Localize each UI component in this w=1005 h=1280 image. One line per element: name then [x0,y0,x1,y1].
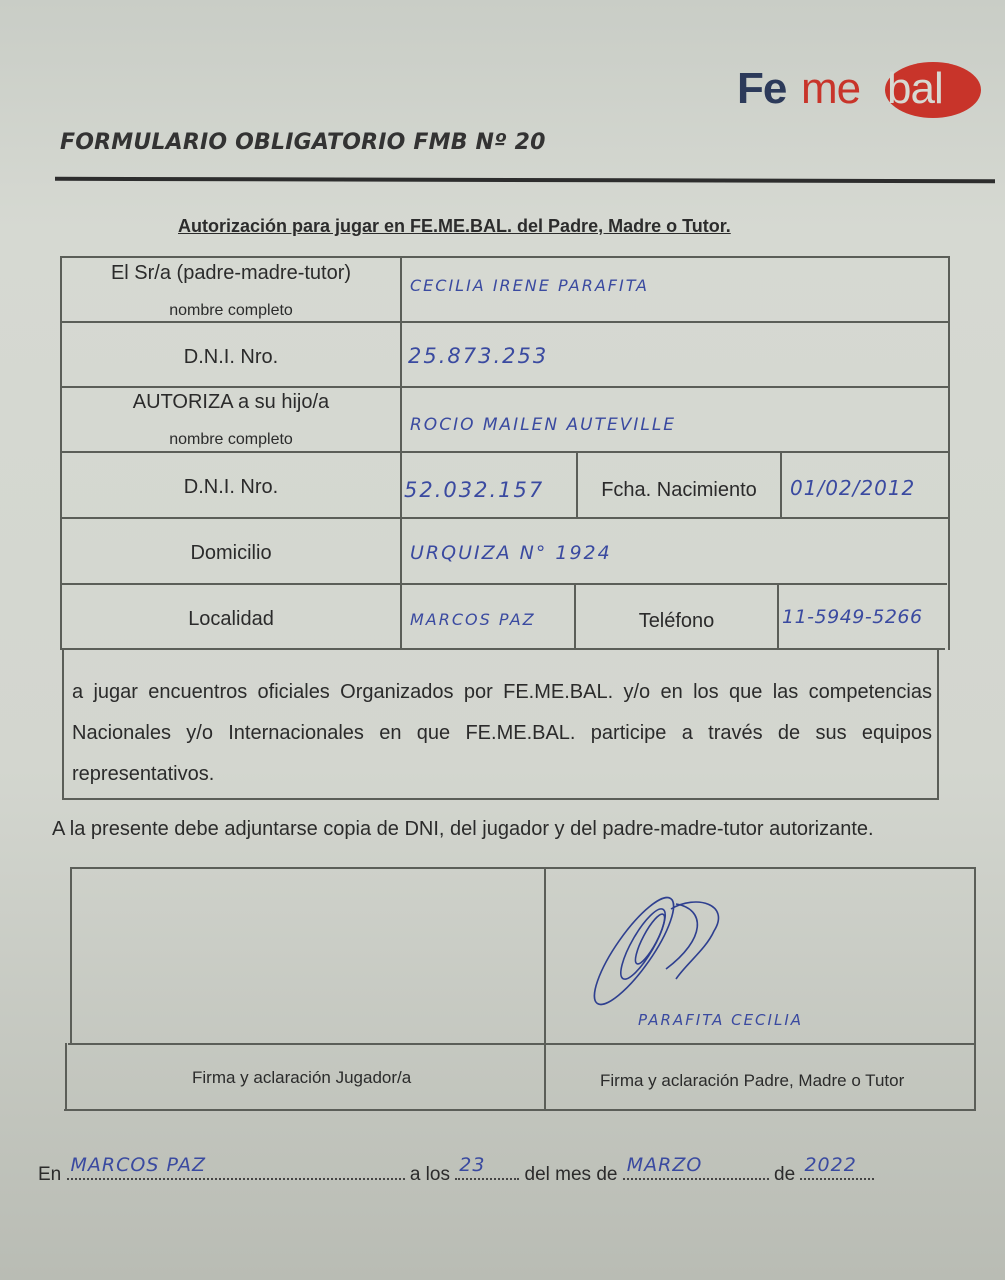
address-field[interactable]: URQUIZA N° 1924 [410,542,612,564]
birth-date-label: Fcha. Nacimiento [578,479,780,502]
player-signature-box[interactable] [72,869,544,1043]
parent-sublabel: nombre completo [62,302,400,320]
logo-text-bal: bal [887,64,943,114]
document-page: Fe me bal FORMULARIO OBLIGATORIO FMB Nº … [0,0,1005,1280]
sig-border-right [974,867,976,1111]
en-label: En [38,1164,61,1185]
parent-signature-label: Firma y aclaración Padre, Madre o Tutor [600,1071,904,1091]
femebal-logo: Fe me bal [737,62,987,122]
place-field[interactable]: MARCOS PAZ [67,1158,405,1180]
table-row-divider [60,648,945,650]
authorization-subtitle: Autorización para jugar en FE.ME.BAL. de… [178,216,731,237]
player-signature-label: Firma y aclaración Jugador/a [192,1068,411,1088]
phone-label: Teléfono [576,610,777,633]
parent-label: El Sr/a (padre-madre-tutor) [62,262,400,285]
de-label: de [774,1164,795,1185]
phone-field[interactable]: 11-5949-5266 [782,606,923,628]
a-los-label: a los [410,1164,450,1185]
table-row-divider [60,386,949,388]
form-title: FORMULARIO OBLIGATORIO FMB Nº 20 [60,130,546,155]
year-value: 2022 [804,1154,856,1176]
attachment-note: A la presente debe adjuntarse copia de D… [52,818,874,841]
parent-signature-clarification: PARAFITA CECILIA [638,1011,803,1029]
child-sublabel: nombre completo [62,431,400,449]
birth-date-field[interactable]: 01/02/2012 [790,476,915,500]
month-field[interactable]: MARZO [623,1158,769,1180]
year-field[interactable]: 2022 [800,1158,874,1180]
table-border-left [62,648,64,800]
city-field[interactable]: MARCOS PAZ [410,610,536,629]
table-col-divider [777,583,779,649]
child-name-field[interactable]: ROCIO MAILEN AUTEVILLE [410,415,676,435]
signing-place-date-line: En MARCOS PAZ a los 23 del mes de MARZO … [38,1158,874,1186]
table-row-divider [60,321,949,323]
table-row-divider [60,517,949,519]
parent-dni-field[interactable]: 25.873.253 [408,344,548,368]
table-col-divider [400,256,402,649]
child-dni-field[interactable]: 52.032.157 [404,478,544,502]
month-value: MARZO [627,1154,703,1176]
child-dni-label: D.N.I. Nro. [62,476,400,499]
sig-border-bottom [64,1109,975,1111]
table-border-bottom [62,798,938,800]
table-border-right [937,648,939,800]
title-divider [55,177,995,183]
day-field[interactable]: 23 [455,1158,519,1180]
authorization-body-text: a jugar encuentros oficiales Organizados… [72,672,932,795]
parent-dni-label: D.N.I. Nro. [62,346,400,369]
logo-text-me: me [801,64,860,114]
parent-signature-box[interactable]: PARAFITA CECILIA [546,869,974,1043]
table-col-divider [780,451,782,518]
sig-row-divider [68,1043,975,1045]
table-border-top [60,256,949,258]
address-label: Domicilio [62,542,400,565]
child-label: AUTORIZA a su hijo/a [62,391,400,414]
logo-text-fe: Fe [737,64,786,114]
table-row-divider [60,583,947,585]
table-border-right [948,256,950,650]
day-value: 23 [459,1154,485,1176]
parent-name-field[interactable]: CECILIA IRENE PARAFITA [410,276,649,295]
city-label: Localidad [62,608,400,631]
mes-label: del mes de [525,1164,618,1185]
table-row-divider [60,451,949,453]
place-value: MARCOS PAZ [71,1154,206,1176]
sig-border-left [65,1043,67,1111]
